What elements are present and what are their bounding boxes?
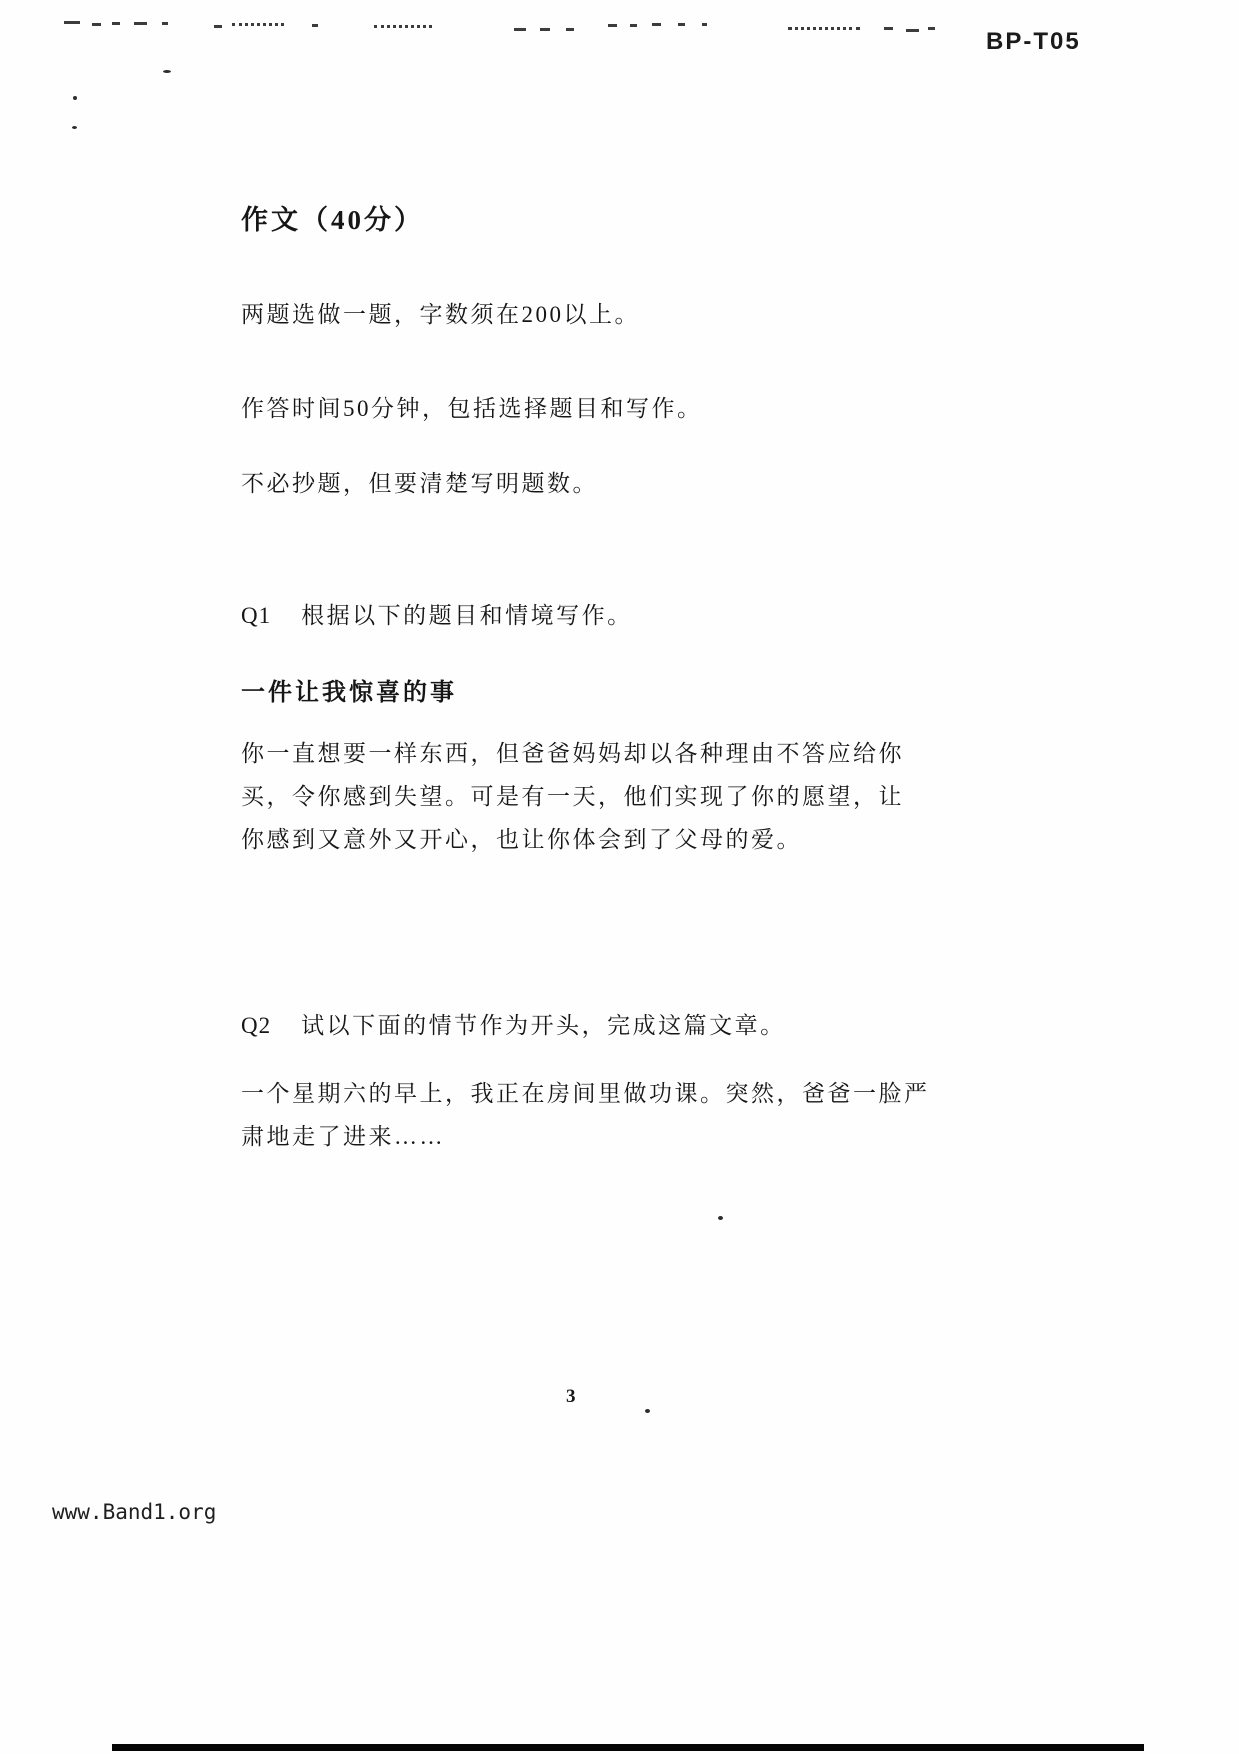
scan-speck xyxy=(718,1216,723,1220)
scan-speck xyxy=(72,126,77,129)
doc-code: BP-T05 xyxy=(986,28,1081,56)
instruction-line: 两题选做一题，字数须在200以上。 xyxy=(241,296,640,329)
footer-url: www.Band1.org xyxy=(52,1500,216,1524)
question-2-prompt: 试以下面的情节作为开头，完成这篇文章。 xyxy=(301,1007,786,1040)
scanned-exam-page: BP-T05 作文（40分） 两题选做一题，字数须在200以上。 作答时间50分… xyxy=(0,0,1239,1754)
question-1-topic: 一件让我惊喜的事 xyxy=(241,672,457,707)
section-title: 作文（40分） xyxy=(241,198,424,237)
question-1-header: Q1 根据以下的题目和情境写作。 xyxy=(241,597,633,630)
question-2-header: Q2 试以下面的情节作为开头，完成这篇文章。 xyxy=(241,1007,786,1040)
scan-speck xyxy=(163,70,171,73)
question-1-prompt: 根据以下的题目和情境写作。 xyxy=(301,597,633,630)
scan-speck xyxy=(73,96,77,100)
question-2-label: Q2 xyxy=(241,1013,271,1039)
question-1-scenario: 你一直想要一样东西，但爸爸妈妈却以各种理由不答应给你买，令你感到失望。可是有一天… xyxy=(241,732,919,861)
instruction-line: 作答时间50分钟，包括选择题目和写作。 xyxy=(241,390,703,423)
scan-speck xyxy=(645,1409,650,1413)
scan-edge-bar xyxy=(112,1744,1144,1751)
question-1-label: Q1 xyxy=(241,603,271,629)
page-number: 3 xyxy=(566,1386,576,1408)
instruction-line: 不必抄题，但要清楚写明题数。 xyxy=(241,465,598,498)
question-2-scenario: 一个星期六的早上，我正在房间里做功课。突然，爸爸一脸严肃地走了进来…… xyxy=(241,1072,931,1158)
